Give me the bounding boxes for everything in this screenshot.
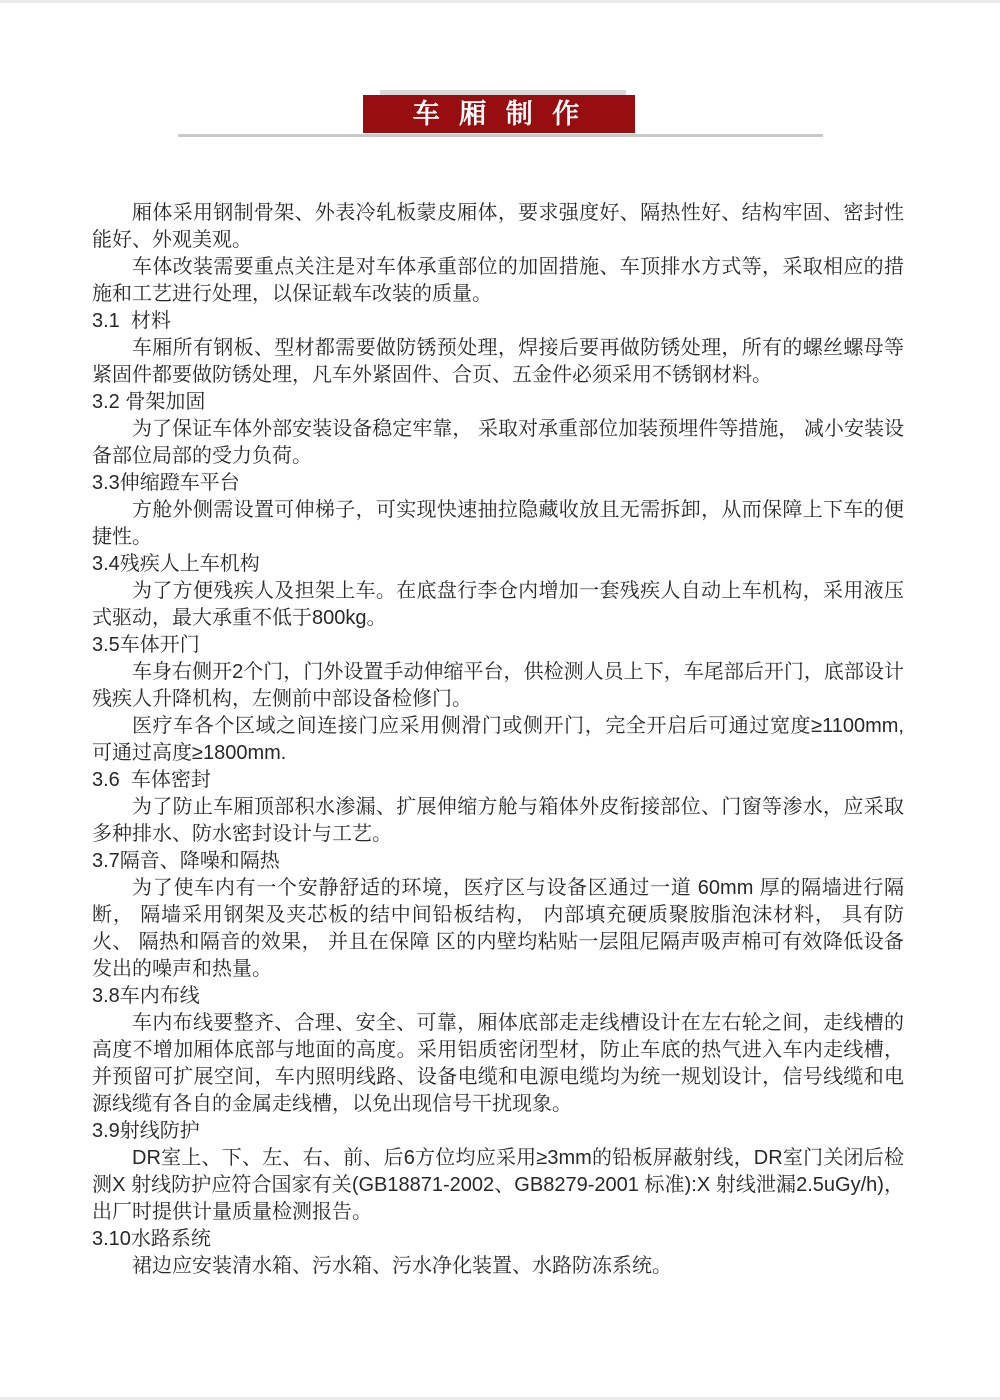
section-paragraph: 为了方便残疾人及担架上车。在底盘行李仓内增加一套残疾人自动上车机构，采用液压式驱… [92,578,904,632]
section-heading-3-2: 3.2 骨架加固 [92,389,904,416]
section-paragraph: 为了使车内有一个安静舒适的环境，医疗区与设备区通过一道 60mm 厚的隔墙进行隔… [92,875,904,983]
section-heading-3-1: 3.1 材料 [92,308,904,335]
section-heading-3-10: 3.10水路系统 [92,1226,904,1253]
intro-paragraph: 厢体采用钢制骨架、外表冷轧板蒙皮厢体，要求强度好、隔热性好、结构牢固、密封性能好… [92,200,904,254]
section-paragraph: DR室上、下、左、右、前、后6方位均应采用≥3mm的铅板屏蔽射线，DR室门关闭后… [92,1145,904,1226]
section-heading-3-7: 3.7隔音、降噪和隔热 [92,848,904,875]
section-paragraph: 方舱外侧需设置可伸梯子，可实现快速抽拉隐藏收放且无需拆卸，从而保障上下车的便捷性… [92,497,904,551]
page-title: 车 厢 制 作 [363,95,635,133]
document-page: 车 厢 制 作 厢体采用钢制骨架、外表冷轧板蒙皮厢体，要求强度好、隔热性好、结构… [0,0,1000,1400]
section-heading-3-8: 3.8车内布线 [92,983,904,1010]
section-heading-3-9: 3.9射线防护 [92,1118,904,1145]
section-paragraph: 车身右侧开2个门，门外设置手动伸缩平台，供检测人员上下，车尾部后开门，底部设计残… [92,659,904,713]
section-paragraph: 车厢所有钢板、型材都需要做防锈预处理，焊接后要再做防锈处理，所有的螺丝螺母等紧固… [92,335,904,389]
intro-paragraph: 车体改装需要重点关注是对车体承重部位的加固措施、车顶排水方式等，采取相应的措施和… [92,254,904,308]
section-paragraph: 为了保证车体外部安装设备稳定牢靠， 采取对承重部位加装预埋件等措施， 减小安装设… [92,416,904,470]
section-paragraph: 裙边应安装清水箱、污水箱、污水净化装置、水路防冻系统。 [92,1253,904,1280]
banner-underline-rule [178,134,823,137]
section-heading-3-3: 3.3伸缩蹬车平台 [92,470,904,497]
section-paragraph: 医疗车各个区域之间连接门应采用侧滑门或侧开门，完全开启后可通过宽度≥1100mm… [92,713,904,767]
document-body: 厢体采用钢制骨架、外表冷轧板蒙皮厢体，要求强度好、隔热性好、结构牢固、密封性能好… [92,200,904,1280]
section-heading-3-5: 3.5车体开门 [92,632,904,659]
section-heading-3-4: 3.4残疾人上车机构 [92,551,904,578]
section-heading-3-6: 3.6 车体密封 [92,767,904,794]
section-paragraph: 车内布线要整齐、合理、安全、可靠，厢体底部走走线槽设计在左右轮之间，走线槽的高度… [92,1010,904,1118]
page-top-edge [0,0,1000,3]
section-paragraph: 为了防止车厢顶部积水渗漏、扩展伸缩方舱与箱体外皮衔接部位、门窗等渗水，应采取多种… [92,794,904,848]
